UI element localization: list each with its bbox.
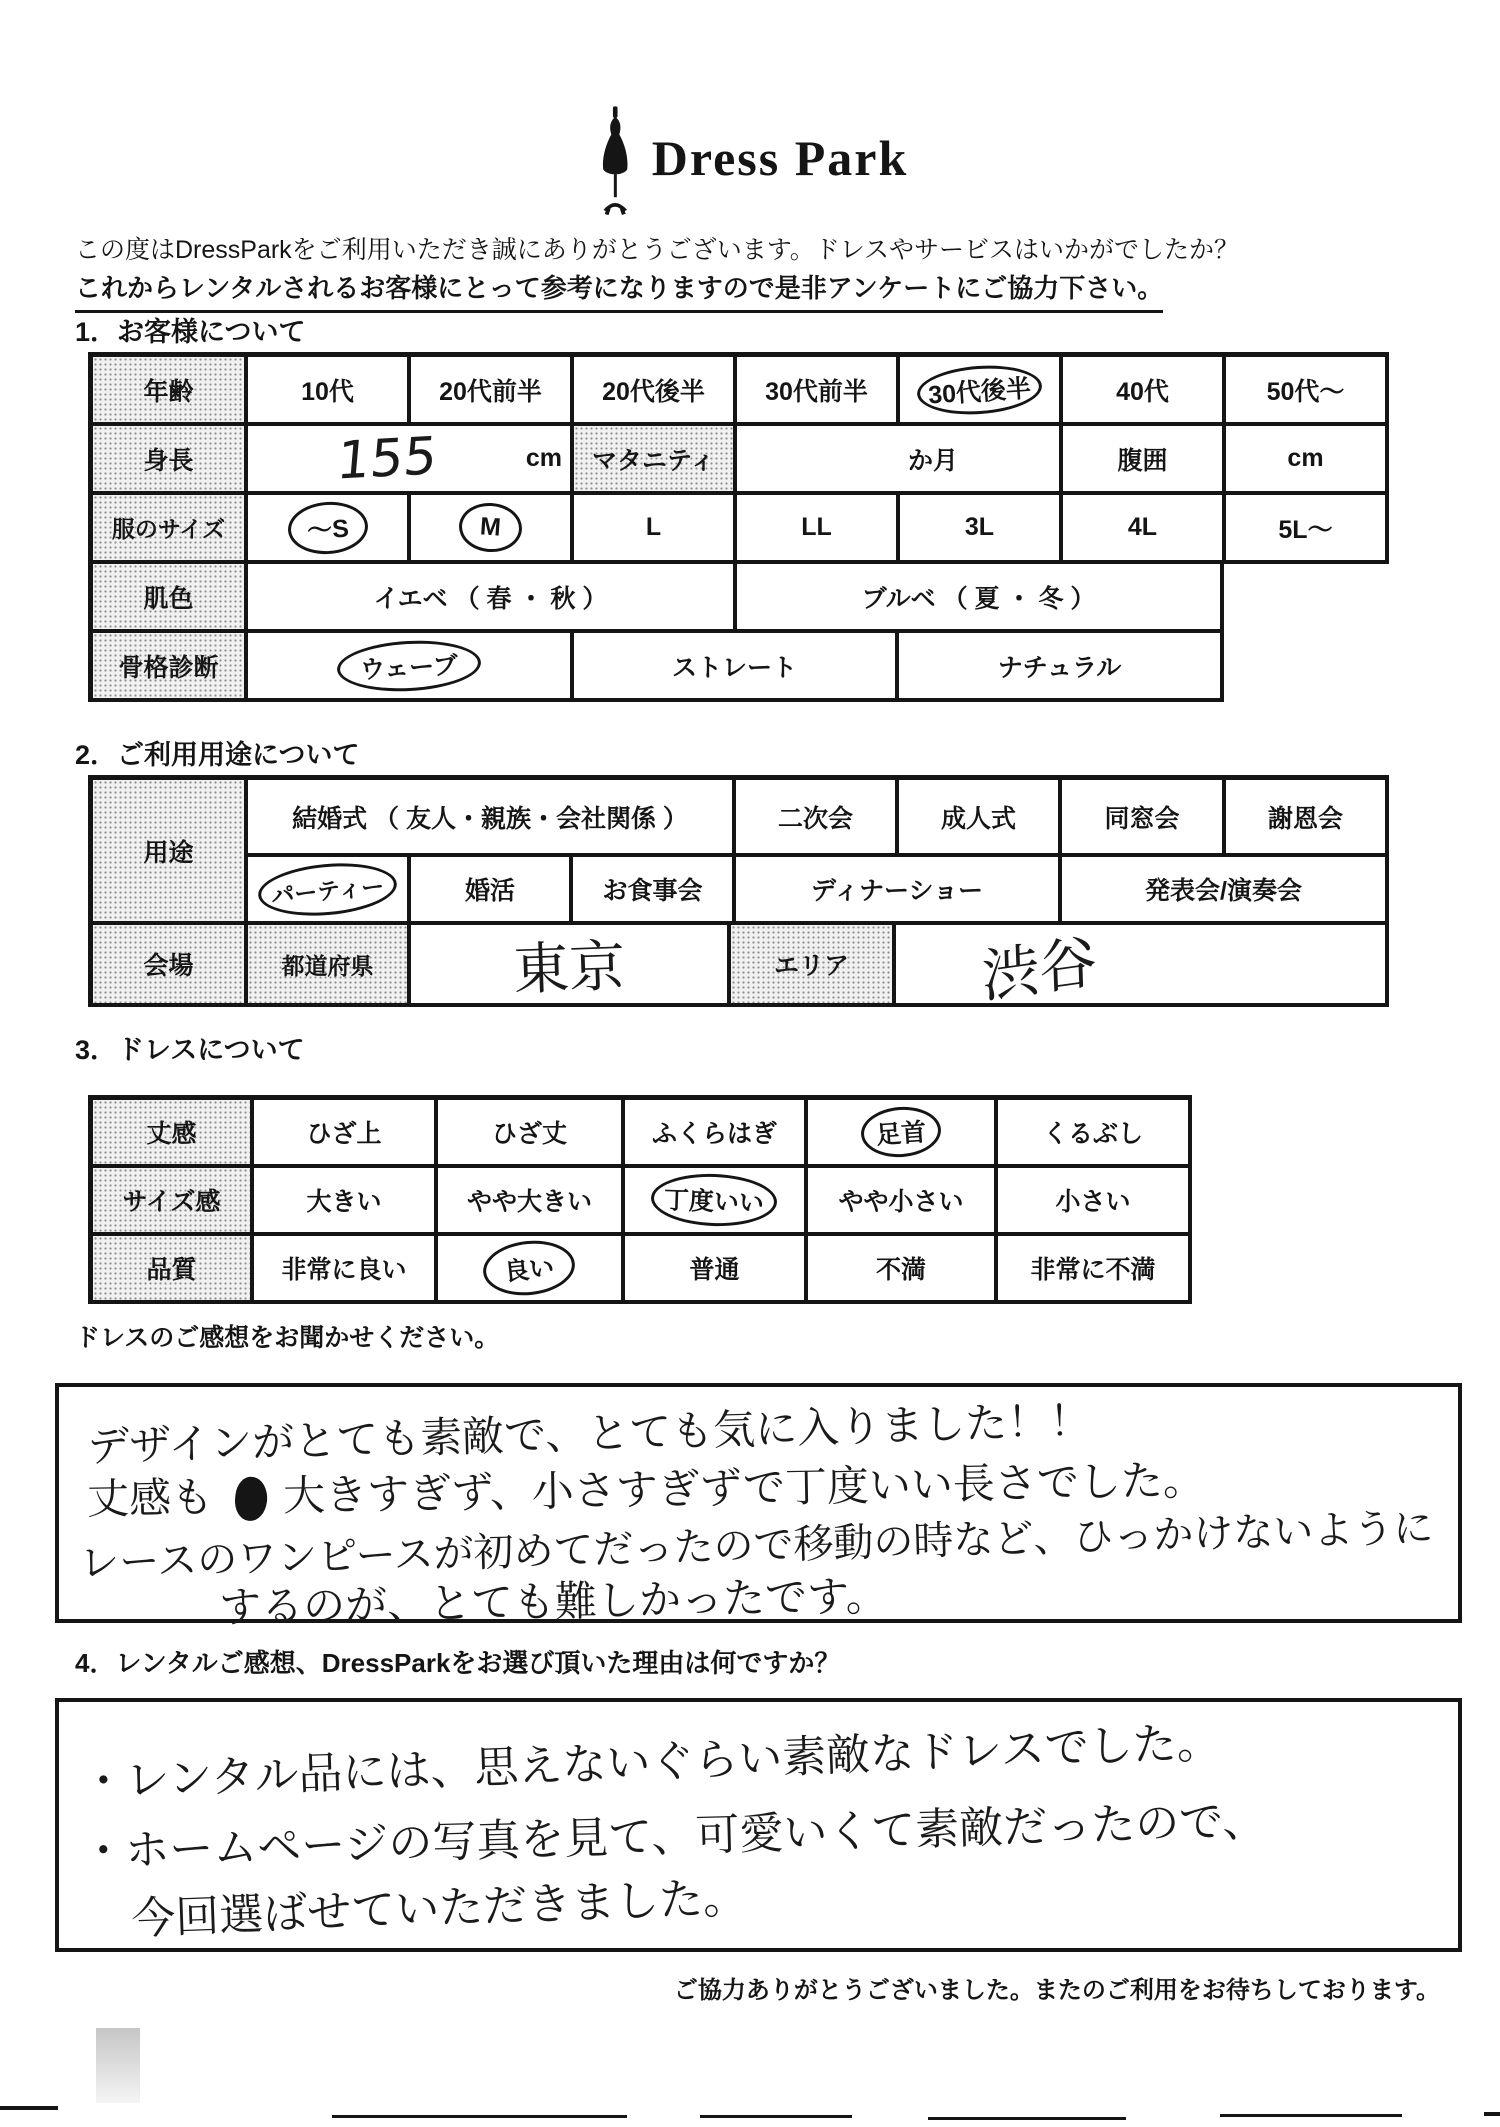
dress-form-icon — [592, 106, 638, 221]
section2-title: 2．ご利用用途について — [75, 733, 359, 772]
intro-line-1: この度はDressParkをご利用いただき誠にありがとうございます。ドレスやサー… — [75, 230, 1239, 266]
fit-row: サイズ感 大きい やや大きい 丁度いい やや小さい 小さい — [93, 1168, 1192, 1236]
dress-comment-box: デザインがとても素敵で、とても気に入りました！！ 丈感も大きすぎず、小さすぎずで… — [55, 1383, 1462, 1623]
purpose-afterparty: 二次会 — [736, 780, 899, 857]
frame-option-straight: ストレート — [574, 633, 899, 702]
scan-artifact-line — [928, 2117, 1126, 2120]
height-row: 身長 155 cm マタニティ か月 腹囲 cm — [93, 426, 1389, 495]
quality-very-unsatisfied: 非常に不満 — [998, 1236, 1192, 1304]
quality-unsatisfied: 不満 — [808, 1236, 998, 1304]
purpose-party: パーティー — [248, 857, 411, 925]
purpose-coming-of-age: 成人式 — [899, 780, 1062, 857]
age-option-20s-early: 20代前半 — [411, 357, 574, 426]
purpose-dinner-meal: お食事会 — [573, 857, 736, 925]
length-anklebone: くるぶし — [998, 1100, 1192, 1168]
size-option-m: M — [411, 495, 574, 564]
age-label: 年齢 — [93, 357, 248, 426]
scan-artifact-line — [700, 2115, 852, 2118]
height-label: 身長 — [93, 426, 248, 495]
size-label: 服のサイズ — [93, 495, 248, 564]
purpose-row-1: 結婚式 （ 友人・親族・会社関係 ） 二次会 成人式 同窓会 謝恩会 — [248, 780, 1389, 857]
circle-mark: M — [457, 501, 523, 554]
age-option-40s: 40代 — [1063, 357, 1226, 426]
scanned-questionnaire-page: Dress Park この度はDressParkをご利用いただき誠にありがとうご… — [0, 0, 1500, 2127]
circle-mark: 足首 — [859, 1104, 942, 1159]
area-handwritten-value: 渋谷 — [896, 925, 1389, 1007]
venue-label: 会場 — [93, 925, 248, 1007]
skin-option-blue-base: ブルベ （ 夏 ・ 冬 ） — [737, 564, 1224, 633]
frame-row: 骨格診断 ウェーブ ストレート ナチュラル — [93, 633, 1389, 702]
size-option-ll: LL — [737, 495, 900, 564]
length-knee: ひざ丈 — [438, 1100, 625, 1168]
dress-comment-label: ドレスのご感想をお聞かせください。 — [75, 1318, 499, 1354]
scan-artifact-line — [332, 2115, 627, 2118]
area-label: エリア — [731, 925, 896, 1007]
length-row: 丈感 ひざ上 ひざ丈 ふくらはぎ 足首 くるぶし — [93, 1100, 1192, 1168]
frame-option-natural: ナチュラル — [899, 633, 1224, 702]
age-option-20s-late: 20代後半 — [574, 357, 737, 426]
fit-slightly-large: やや大きい — [438, 1168, 625, 1236]
dress-table: 丈感 ひざ上 ひざ丈 ふくらはぎ 足首 くるぶし サイズ感 大きい やや大きい … — [88, 1095, 1192, 1304]
quality-row: 品質 非常に良い 良い 普通 不満 非常に不満 — [93, 1236, 1192, 1304]
venue-row: 会場 都道府県 東京 エリア 渋谷 — [93, 925, 1389, 1007]
fit-label: サイズ感 — [93, 1168, 254, 1236]
skin-option-yellow-base: イエベ （ 春 ・ 秋 ） — [248, 564, 737, 633]
purpose-thanks-party: 謝恩会 — [1226, 780, 1389, 857]
age-option-30s-early: 30代前半 — [737, 357, 900, 426]
fit-large: 大きい — [254, 1168, 438, 1236]
footer-thanks: ご協力ありがとうございました。またのご利用をお待ちしております。 — [0, 1970, 1440, 2005]
logo-wordmark: Dress Park — [652, 129, 909, 187]
prefecture-handwritten-value: 東京 — [411, 925, 731, 1007]
intro-line-2: これからレンタルされるお客様にとって参考になりますので是非アンケートにご協力下さ… — [75, 268, 1163, 313]
age-option-50s: 50代～ — [1226, 357, 1389, 426]
waist-label: 腹囲 — [1063, 426, 1226, 495]
quality-normal: 普通 — [625, 1236, 808, 1304]
height-value-cell: 155 cm — [248, 426, 574, 495]
circle-mark: 丁度いい — [651, 1172, 779, 1228]
scan-smudge — [96, 2028, 140, 2103]
fit-just-right: 丁度いい — [625, 1168, 808, 1236]
circle-mark: 良い — [481, 1236, 578, 1299]
height-handwritten-value: 155 — [245, 421, 530, 495]
size-option-l: L — [574, 495, 737, 564]
circle-mark: 30代後半 — [916, 361, 1044, 418]
handwritten-line: するのが、とても難しかったです。 — [219, 1563, 889, 1635]
scan-artifact-line — [0, 2106, 58, 2110]
maternity-label: マタニティ — [574, 426, 737, 495]
frame-option-wave: ウェーブ — [248, 633, 574, 702]
purpose-konkatsu: 婚活 — [411, 857, 573, 925]
scan-artifact-line — [1220, 2114, 1402, 2117]
length-label: 丈感 — [93, 1100, 254, 1168]
age-option-30s-late: 30代後半 — [900, 357, 1063, 426]
purpose-recital: 発表会/演奏会 — [1062, 857, 1389, 925]
purpose-row-2: パーティー 婚活 お食事会 ディナーショー 発表会/演奏会 — [248, 857, 1389, 925]
size-option-4l: 4L — [1063, 495, 1226, 564]
length-calf: ふくらはぎ — [625, 1100, 808, 1168]
purpose-wedding: 結婚式 （ 友人・親族・会社関係 ） — [248, 780, 736, 857]
size-option-3l: 3L — [900, 495, 1063, 564]
age-option-10s: 10代 — [248, 357, 411, 426]
quality-label: 品質 — [93, 1236, 254, 1304]
usage-table: 用途 結婚式 （ 友人・親族・会社関係 ） 二次会 成人式 同窓会 謝恩会 パー… — [88, 775, 1389, 1007]
section3-title: 3．ドレスについて — [75, 1028, 305, 1067]
circle-mark: パーティー — [256, 858, 399, 921]
age-row: 年齢 10代 20代前半 20代後半 30代前半 30代後半 40代 50代～ — [93, 357, 1389, 426]
size-option-s: ～S — [248, 495, 411, 564]
frame-label: 骨格診断 — [93, 633, 248, 702]
size-option-5l: 5L～ — [1226, 495, 1389, 564]
prefecture-label: 都道府県 — [248, 925, 411, 1007]
quality-very-good: 非常に良い — [254, 1236, 438, 1304]
section1-title: 1．お客様について — [75, 310, 305, 349]
fit-small: 小さい — [998, 1168, 1192, 1236]
length-ankle: 足首 — [808, 1100, 998, 1168]
waist-unit: cm — [1226, 426, 1389, 495]
section4-title: 4．レンタルご感想、DressParkをお選び頂いた理由は何ですか？ — [75, 1643, 840, 1680]
purpose-label: 用途 — [93, 780, 248, 925]
circle-mark: ～S — [286, 499, 369, 556]
quality-good: 良い — [438, 1236, 625, 1304]
maternity-months-cell: か月 — [737, 426, 1063, 495]
skin-row: 肌色 イエベ （ 春 ・ 秋 ） ブルベ （ 夏 ・ 冬 ） — [93, 564, 1389, 633]
logo: Dress Park — [0, 100, 1500, 215]
ink-blot — [233, 1475, 269, 1522]
circle-mark: ウェーブ — [336, 637, 482, 694]
height-unit: cm — [526, 444, 562, 473]
purpose-dinner-show: ディナーショー — [736, 857, 1062, 925]
customer-table: 年齢 10代 20代前半 20代後半 30代前半 30代後半 40代 50代～ … — [88, 352, 1389, 702]
length-above-knee: ひざ上 — [254, 1100, 438, 1168]
fit-slightly-small: やや小さい — [808, 1168, 998, 1236]
scan-artifact-line — [1484, 2112, 1500, 2116]
size-row: 服のサイズ ～S M L LL 3L 4L 5L～ — [93, 495, 1389, 564]
skin-label: 肌色 — [93, 564, 248, 633]
purpose-reunion: 同窓会 — [1062, 780, 1226, 857]
rental-comment-box: ・レンタル品には、思えないぐらい素敵なドレスでした。 ・ホームページの写真を見て… — [55, 1698, 1462, 1952]
